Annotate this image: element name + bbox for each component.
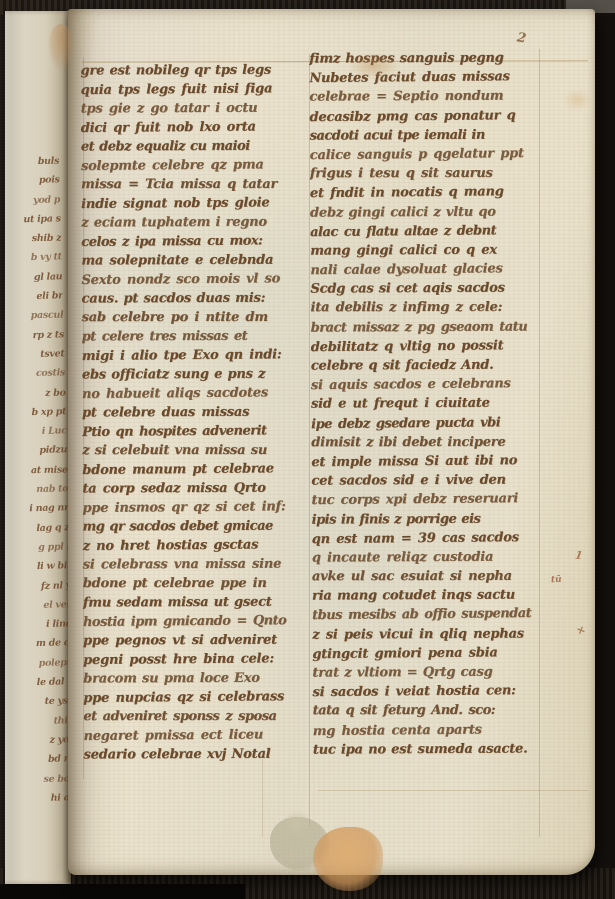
text-line: ma solepnitate e celebnda bbox=[81, 251, 305, 271]
text-line: pt celere tres missas et bbox=[82, 327, 306, 347]
text-line: z bo bbox=[5, 383, 65, 403]
text-line: tuc ipa no est sumeda asacte. bbox=[313, 739, 545, 759]
text-line: li w bil bbox=[10, 556, 71, 577]
text-line: negaret pmissa ect liceu bbox=[83, 725, 307, 746]
margin-note-mark: tū bbox=[551, 575, 562, 586]
text-line: hi alt bbox=[17, 788, 71, 809]
text-line: nab to bbox=[8, 479, 69, 500]
text-line: caus. pt sacdos duas mis: bbox=[81, 289, 305, 309]
text-line: m de ci bbox=[12, 634, 71, 655]
text-line: qn est nam = 39 cas sacdos bbox=[312, 528, 544, 549]
text-line: tps gie z go tatar i octu bbox=[81, 99, 305, 119]
text-line: ipis in finis z porrige eis bbox=[312, 509, 544, 529]
text-line: celos z ipa missa cu mox: bbox=[81, 231, 305, 252]
text-line: ppe insmos qr qz si cet inf: bbox=[82, 497, 306, 518]
text-line: thilf bbox=[14, 711, 71, 732]
text-line: calice sanguis p qgelatur ppt bbox=[310, 144, 542, 165]
text-line: pois bbox=[5, 171, 60, 192]
text-line: yod p bbox=[5, 190, 60, 211]
text-line: b vy tt bbox=[5, 248, 62, 269]
text-line: solepmte celebre qz pma bbox=[81, 155, 305, 176]
text-line: costis bbox=[5, 363, 65, 384]
margin-cross-mark: + bbox=[574, 622, 589, 639]
text-line: Nubetes faciut duas missas bbox=[309, 67, 541, 88]
text-line: debz gingi calici z vltu qo bbox=[310, 202, 542, 222]
text-line: rp z ts bbox=[5, 325, 64, 346]
text-line: tbus mesibs ab offio suspendat bbox=[312, 604, 544, 625]
text-line: et fndit in nocatis q mang bbox=[310, 182, 542, 203]
text-line: b xp pt bbox=[6, 402, 67, 423]
right-text-column: fimz hospes sanguis pegngNubetes faciut … bbox=[309, 48, 545, 759]
text-line: indie signat nob tps gloie bbox=[81, 193, 305, 214]
facing-page-edge: bulspoisyod put ipa sshib zb vy ttgl lau… bbox=[5, 11, 71, 884]
text-line: ipe debz gsedare pucta vbi bbox=[311, 412, 543, 433]
text-line: z no hret hostias gsctas bbox=[83, 535, 307, 556]
text-line: sab celebre po i ntite dm bbox=[82, 308, 306, 327]
text-line: frigus i tesu q sit saurus bbox=[310, 164, 542, 184]
text-line: bd rit bbox=[16, 749, 71, 770]
text-line: si aquis sacdos e celebrans bbox=[311, 374, 543, 395]
text-line: ut ipa s bbox=[5, 209, 61, 230]
text-line: mg qr sacdos debet gmicae bbox=[82, 517, 306, 537]
facing-page-text-fragments: bulspoisyod put ipa sshib zb vy ttgl lau… bbox=[5, 151, 71, 809]
text-line: debilitatz q vltig no possit bbox=[311, 336, 543, 357]
text-line: te ysd bbox=[14, 692, 71, 712]
text-line: celebrae = Septio nondum bbox=[309, 87, 541, 107]
text-line: eli br bbox=[5, 286, 63, 307]
text-line: Ptio qn hospites advenerit bbox=[82, 421, 306, 442]
quire-mark: 2 bbox=[516, 30, 527, 46]
text-line: hostia ipm gmicando = Qnto bbox=[83, 611, 307, 632]
text-line: el ves bbox=[11, 595, 71, 616]
text-line: pidzu bbox=[7, 441, 68, 462]
text-line: pt celebre duas missas bbox=[82, 403, 306, 423]
text-line: buls bbox=[5, 152, 59, 172]
text-line: ta corp sedaz missa Qrto bbox=[82, 479, 306, 499]
text-line: trat z vltiom = Qrtg casg bbox=[312, 662, 544, 682]
text-line: tuc corps xpi debz reseruari bbox=[311, 489, 543, 510]
text-line: ebs officiatz sung e pns z bbox=[82, 365, 306, 385]
text-line: pascul bbox=[5, 306, 64, 326]
text-line: le dal g bbox=[13, 672, 71, 693]
text-line: alac cu flatu altae z debnt bbox=[310, 221, 542, 242]
text-line: tsvet bbox=[5, 344, 65, 365]
text-line: z eciam tuphatem i regno bbox=[81, 213, 305, 233]
text-line: et adveniret sponss z sposa bbox=[83, 707, 307, 726]
text-line: q incaute reliqz custodia bbox=[312, 547, 544, 567]
text-line: fz nl y bbox=[11, 576, 71, 597]
ruling-lower-horizontal bbox=[318, 790, 588, 791]
stain-spot-right bbox=[562, 89, 592, 111]
text-line: mang gingi calici co q ex bbox=[310, 240, 542, 260]
text-line: i nag nr bbox=[9, 498, 70, 519]
text-line: i lind bbox=[12, 615, 71, 635]
text-line: ppe pegnos vt si adveniret bbox=[83, 631, 307, 651]
text-line: bracom su pma loce Exo bbox=[83, 669, 307, 689]
text-line: Sexto nondz sco mois vl so bbox=[81, 269, 305, 290]
text-line: sid e ut frequt i ciuitate bbox=[311, 394, 543, 414]
text-line: z si celebuit vna missa su bbox=[82, 441, 306, 460]
text-line: gre est nobileg qr tps legs bbox=[80, 61, 304, 81]
text-line: avke ul sac esuiat si nepha bbox=[312, 567, 544, 587]
text-line: pegni posst hre bina cele: bbox=[83, 649, 307, 670]
margin-tick-mark: 1 bbox=[574, 549, 583, 563]
text-line: fmu sedam missa ut gsect bbox=[83, 593, 307, 613]
text-line: z si peis vicui in qliq nephas bbox=[312, 624, 544, 644]
text-line: quia tps legs fuit nisi figa bbox=[81, 79, 305, 100]
text-line: se bon bbox=[16, 769, 71, 789]
text-line: dici qr fuit nob lxo orta bbox=[81, 117, 305, 138]
ruling-below-left-column bbox=[262, 759, 263, 837]
text-line: mg hostia centa aparts bbox=[313, 719, 545, 740]
text-line: Scdg cas si cet aqis sacdos bbox=[310, 279, 542, 299]
text-line: nali calae dysoluat glacies bbox=[310, 259, 542, 280]
text-line: gtingcit gmiori pena sbia bbox=[312, 643, 544, 664]
text-line: bdone pt celebrae ppe in bbox=[83, 574, 307, 593]
text-line: polepn bbox=[13, 653, 71, 674]
text-line: decasibz pmg cas ponatur q bbox=[309, 105, 541, 126]
text-line: lag q z bbox=[9, 518, 70, 539]
text-line: tata q sit feturg And. sco: bbox=[313, 701, 545, 721]
stain-grey-small bbox=[282, 811, 312, 837]
text-line: si sacdos i veiat hostia cen: bbox=[312, 681, 544, 702]
text-line: sedario celebrae xvj Notal bbox=[83, 745, 307, 765]
text-line: dimisit z ibi debet incipere bbox=[311, 433, 543, 453]
text-line: no habueit aliqs sacdotes bbox=[82, 383, 306, 404]
text-line: cet sacdos sid e i vive den bbox=[311, 471, 543, 491]
manuscript-photograph: bulspoisyod put ipa sshib zb vy ttgl lau… bbox=[0, 0, 615, 899]
text-line: i Luc bbox=[6, 421, 67, 442]
text-line: shib z bbox=[5, 229, 61, 249]
manuscript-page: 2 gre est nobileg qr tps legsquia tps le… bbox=[68, 9, 595, 875]
text-line: si celebrass vna missa sine bbox=[83, 555, 307, 575]
text-line: ppe nupcias qz si celebrass bbox=[83, 687, 307, 708]
left-text-column: gre est nobileg qr tps legsquia tps legs… bbox=[80, 61, 307, 765]
text-line: fimz hospes sanguis pegng bbox=[309, 48, 541, 68]
text-line: et debz equaliz cu maioi bbox=[81, 137, 305, 157]
text-line: ita debilis z infimg z cele: bbox=[310, 298, 542, 318]
text-line: missa = Tcia missa q tatar bbox=[81, 175, 305, 194]
background-bottom-left bbox=[0, 884, 245, 899]
text-line: celebre q sit faciedz And. bbox=[311, 355, 543, 375]
text-line: g ppl l bbox=[10, 537, 70, 557]
stain-grey-bottom bbox=[270, 817, 330, 871]
text-line: z yod bbox=[15, 730, 71, 751]
text-line: migi i alio tpe Exo qn indi: bbox=[82, 345, 306, 366]
text-line: at mise bbox=[8, 460, 68, 480]
text-line: et imple missa Si aut ibi no bbox=[311, 451, 543, 472]
text-line: ria mang cotudet inqs sactu bbox=[312, 586, 544, 606]
text-line: gl lau bbox=[5, 267, 63, 288]
text-line: bdone manum pt celebrae bbox=[82, 459, 306, 480]
text-line: sacdoti acui tpe iemali in bbox=[310, 125, 542, 145]
text-line: bract missaz z pg gseaom tatu bbox=[311, 317, 543, 337]
